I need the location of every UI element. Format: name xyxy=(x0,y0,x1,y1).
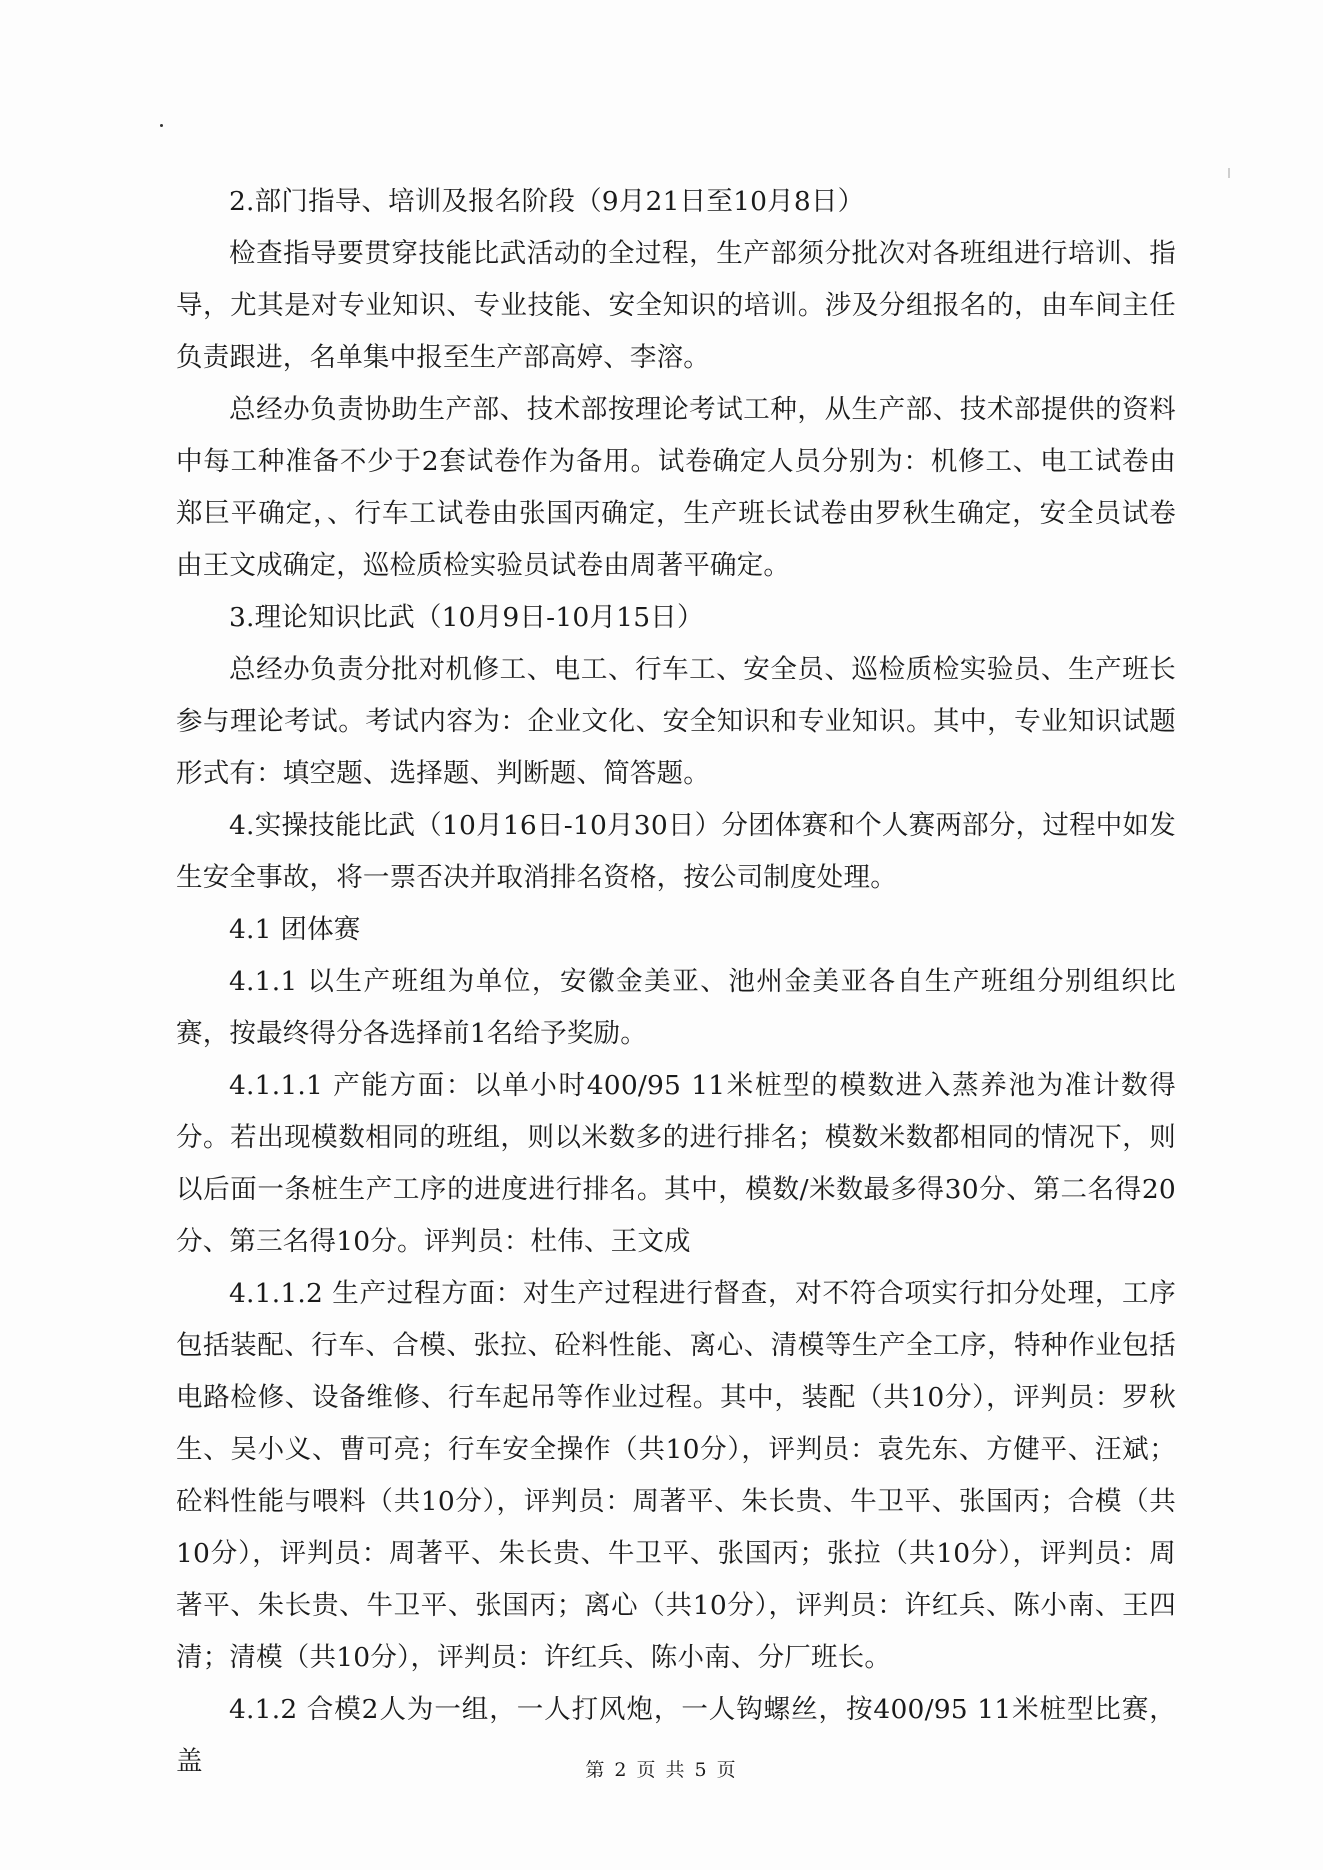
paragraph-training-guidance: 检查指导要贯穿技能比武活动的全过程，生产部须分批次对各班组进行培训、指导，尤其是… xyxy=(176,228,1176,384)
document-body: 2.部门指导、培训及报名阶段（9月21日至10月8日） 检查指导要贯穿技能比武活… xyxy=(176,176,1176,1788)
paragraph-exam-preparation: 总经办负责协助生产部、技术部按理论考试工种，从生产部、技术部提供的资料中每工种准… xyxy=(176,384,1176,592)
paragraph-4-1-1-2: 4.1.1.2 生产过程方面：对生产过程进行督查，对不符合项实行扣分处理，工序包… xyxy=(176,1268,1176,1684)
document-page: 2.部门指导、培训及报名阶段（9月21日至10月8日） 检查指导要贯穿技能比武活… xyxy=(0,0,1323,1870)
section-heading-2: 2.部门指导、培训及报名阶段（9月21日至10月8日） xyxy=(176,176,1176,228)
paragraph-4-1-1-1: 4.1.1.1 产能方面：以单小时400/95 11米桩型的模数进入蒸养池为准计… xyxy=(176,1060,1176,1268)
paragraph-practical-skills: 4.实操技能比武（10月16日-10月30日）分团体赛和个人赛两部分，过程中如发… xyxy=(176,800,1176,904)
section-heading-3: 3.理论知识比武（10月9日-10月15日） xyxy=(176,592,1176,644)
scan-mark xyxy=(1228,168,1230,178)
section-heading-4-1: 4.1 团体赛 xyxy=(176,904,1176,956)
scan-speck xyxy=(160,124,163,127)
page-number-footer: 第 2 页 共 5 页 xyxy=(0,1755,1323,1782)
paragraph-4-1-1: 4.1.1 以生产班组为单位，安徽金美亚、池州金美亚各自生产班组分别组织比赛，按… xyxy=(176,956,1176,1060)
paragraph-theory-exam: 总经办负责分批对机修工、电工、行车工、安全员、巡检质检实验员、生产班长参与理论考… xyxy=(176,644,1176,800)
